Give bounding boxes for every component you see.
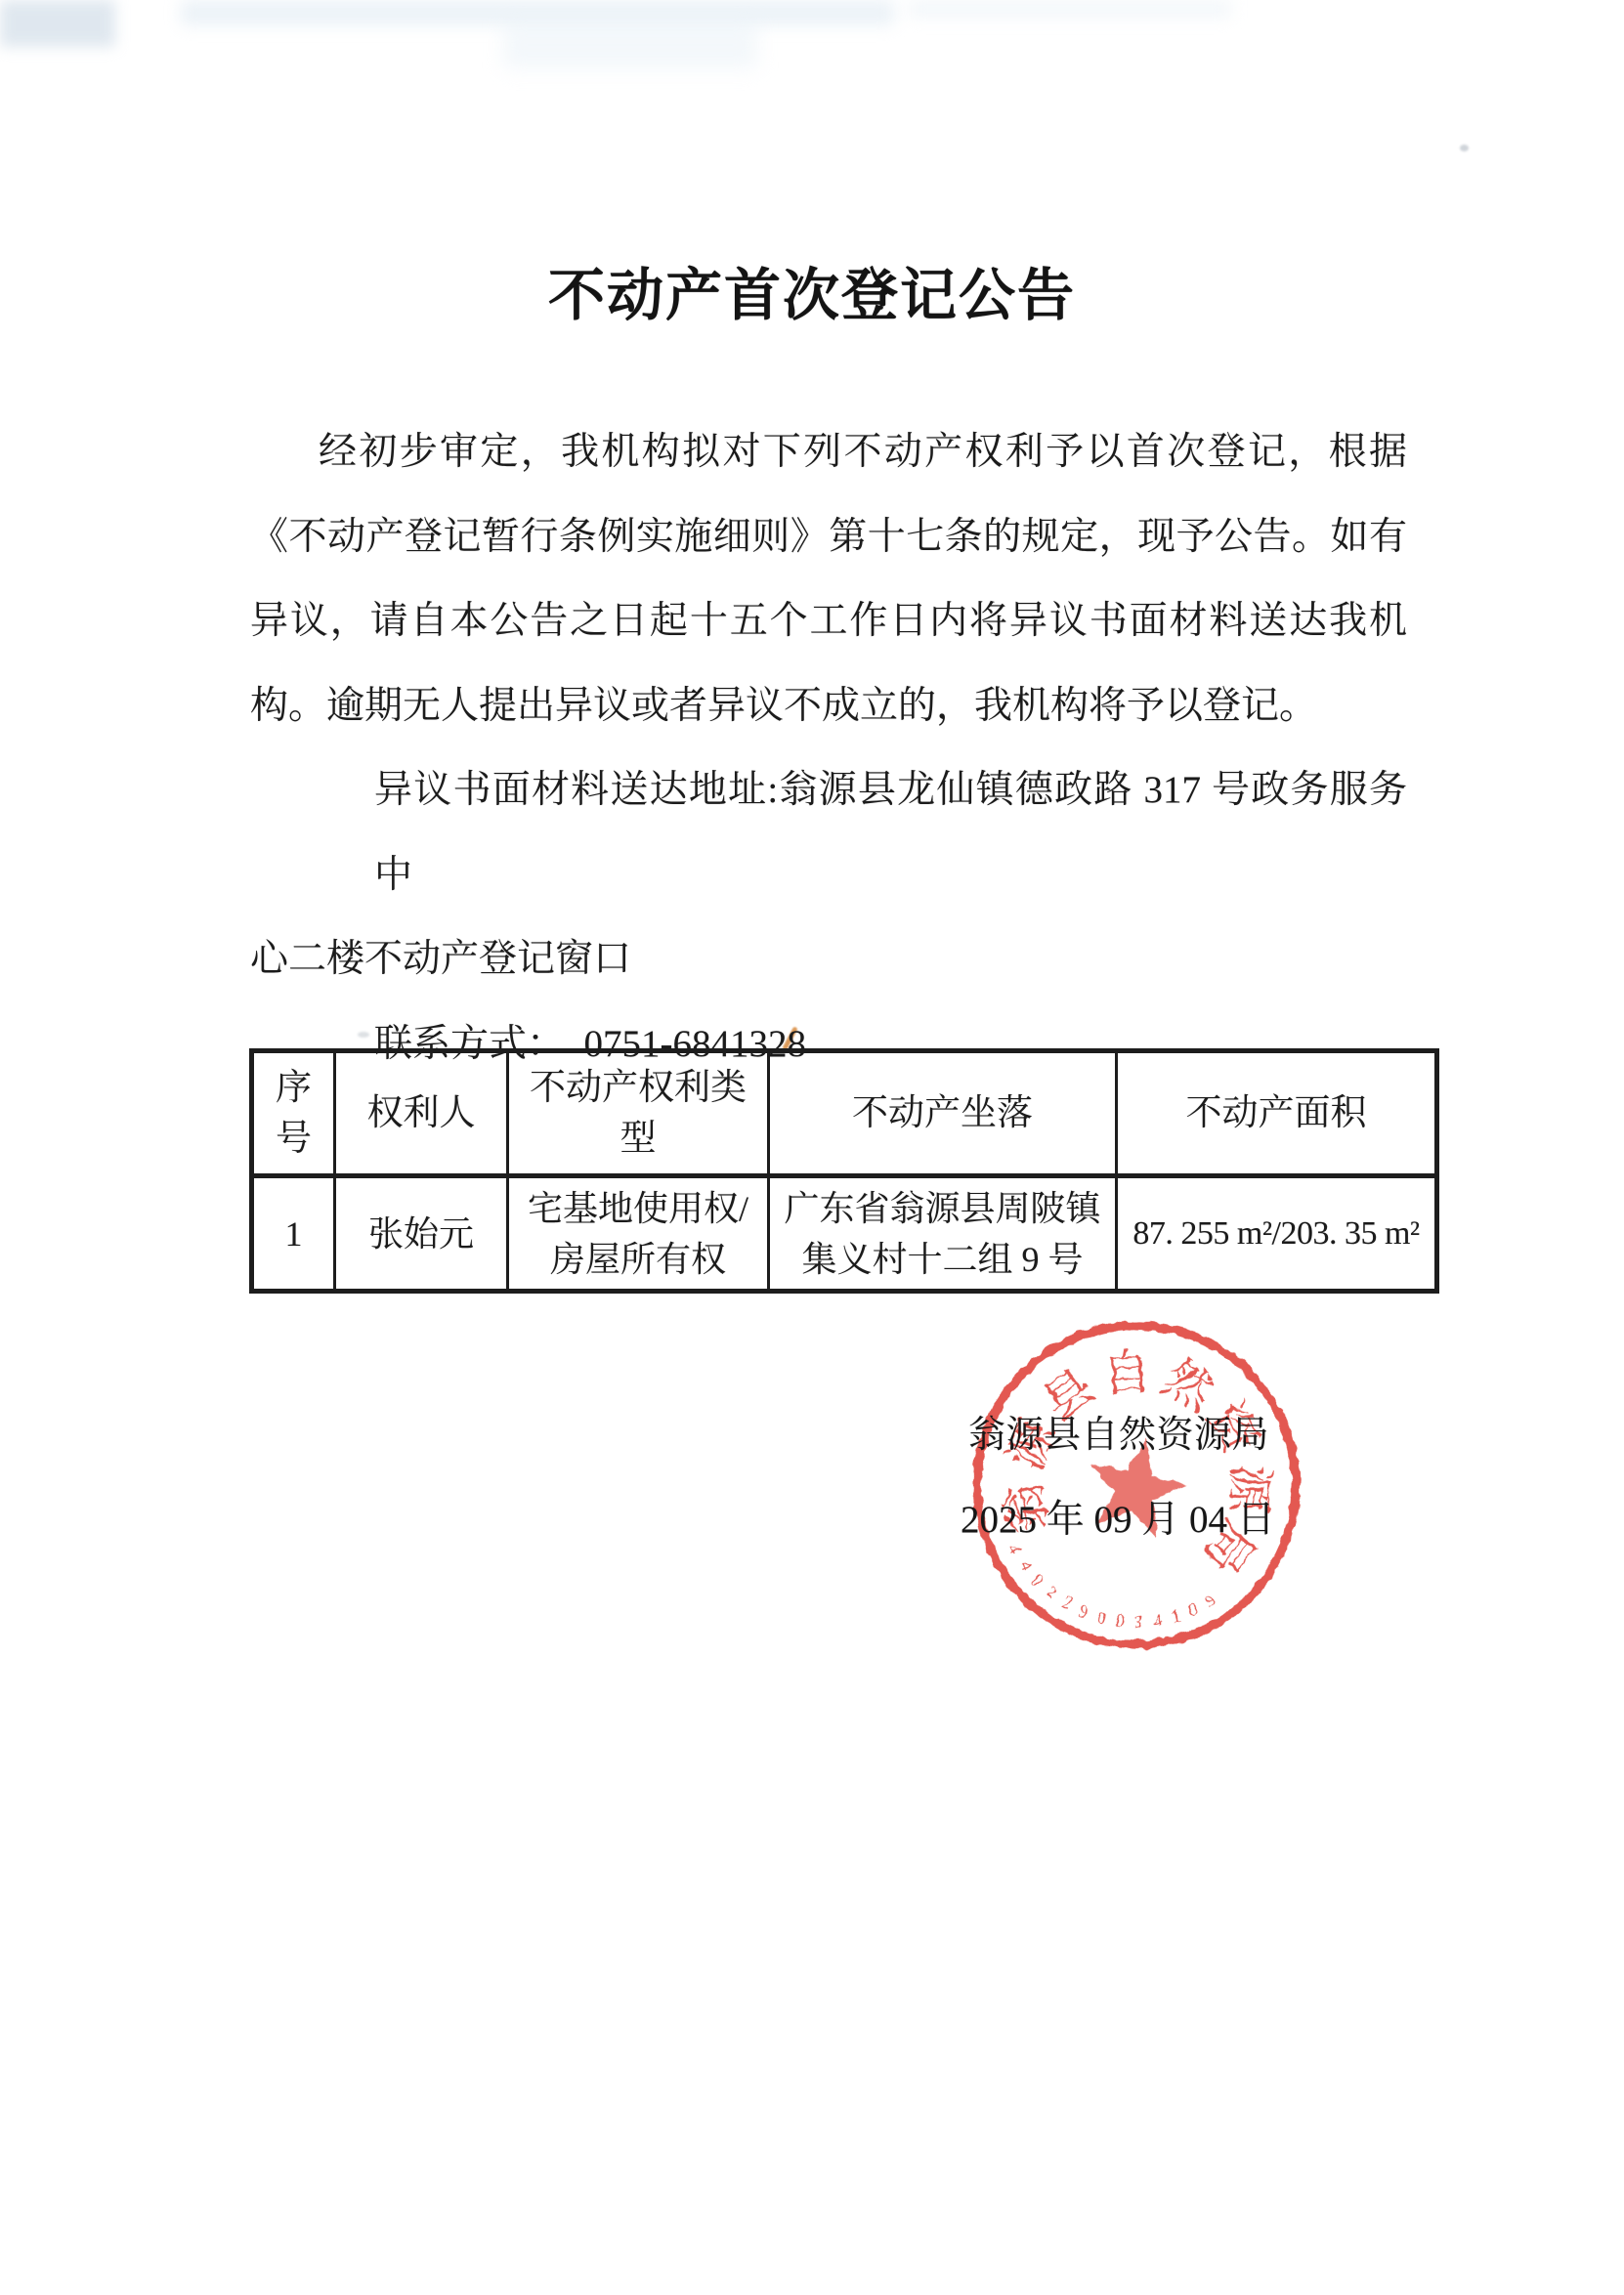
issuer-signature: 翁源县自然资源局 <box>968 1404 1269 1458</box>
body-line-4: 构。逾期无人提出异议或者异议不成立的，我机构将予以登记。 <box>250 664 1407 749</box>
header-right-type: 不动产权利类型 <box>508 1051 769 1176</box>
scan-artifact-top-wisp <box>503 21 757 68</box>
table-header-row: 序号 权利人 不动产权利类型 不动产坐落 不动产面积 <box>252 1051 1437 1176</box>
registration-table: 序号 权利人 不动产权利类型 不动产坐落 不动产面积 1 张始元 宅基地使用权/… <box>249 1048 1439 1294</box>
header-owner: 权利人 <box>335 1051 508 1176</box>
cell-area: 87. 255 m²/203. 35 m² <box>1117 1176 1437 1292</box>
scan-artifact-top-band <box>181 0 894 25</box>
cell-location: 广东省翁源县周陂镇 集义村十二组 9 号 <box>769 1176 1117 1292</box>
page-title: 不动产首次登记公告 <box>0 249 1624 331</box>
scan-artifact-top-right-band <box>909 0 1231 18</box>
header-location: 不动产坐落 <box>769 1051 1117 1176</box>
scan-artifact-top-left <box>0 0 115 47</box>
cell-seq: 1 <box>252 1176 335 1292</box>
scan-speck <box>1460 145 1469 151</box>
body-line-2: 《不动产登记暂行条例实施细则》第十七条的规定，现予公告。如有 <box>250 495 1407 580</box>
body-line-3: 异议，请自本公告之日起十五个工作日内将异议书面材料送达我机 <box>250 579 1407 664</box>
header-seq: 序号 <box>252 1051 335 1176</box>
body-line-1: 经初步审定，我机构拟对下列不动产权利予以首次登记，根据 <box>250 410 1407 495</box>
body-line-6: 心二楼不动产登记窗口 <box>250 917 1407 1002</box>
official-seal: 翁源县自然资源局 4402290034109 <box>961 1309 1312 1661</box>
header-area: 不动产面积 <box>1117 1051 1437 1176</box>
cell-right-type: 宅基地使用权/ 房屋所有权 <box>508 1176 769 1292</box>
body-text: 经初步审定，我机构拟对下列不动产权利予以首次登记，根据 《不动产登记暂行条例实施… <box>250 410 1407 1086</box>
table-row: 1 张始元 宅基地使用权/ 房屋所有权 广东省翁源县周陂镇 集义村十二组 9 号… <box>252 1176 1437 1292</box>
issue-date: 2025 年 09 月 04 日 <box>961 1489 1275 1544</box>
document-page: 不动产首次登记公告 经初步审定，我机构拟对下列不动产权利予以首次登记，根据 《不… <box>0 0 1624 2295</box>
body-line-5: 异议书面材料送达地址:翁源县龙仙镇德政路 317 号政务服务中 <box>250 748 1407 917</box>
cell-owner: 张始元 <box>335 1176 508 1292</box>
